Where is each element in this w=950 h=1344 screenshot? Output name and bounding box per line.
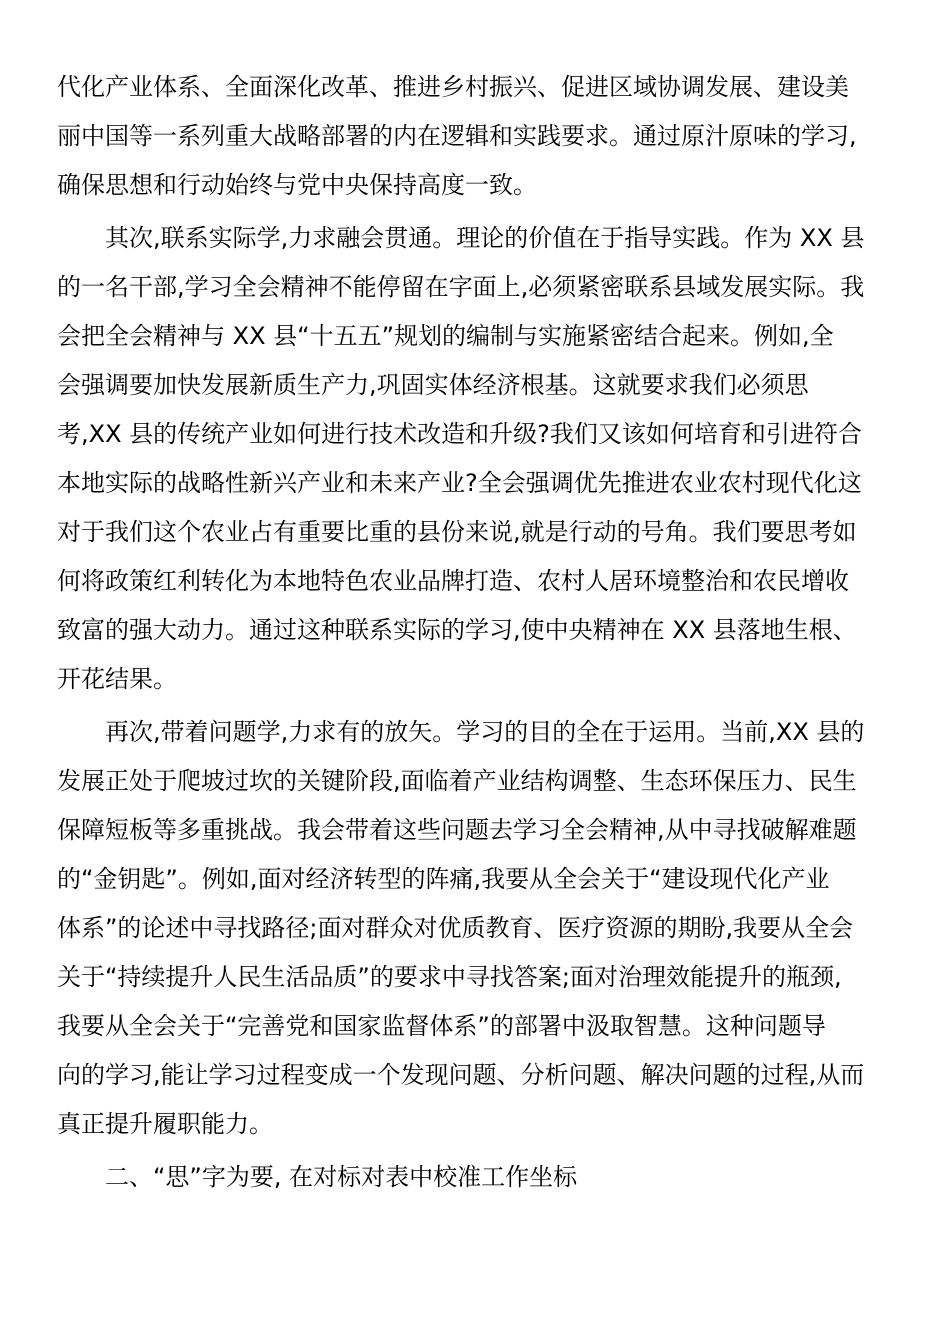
text-line: 的一名干部,学习全会精神不能停留在字面上,必须紧密联系县域发展实际。我 xyxy=(57,263,897,312)
text-line: 何将政策红利转化为本地特色农业品牌打造、农村人居环境整治和农民增收 xyxy=(57,557,897,606)
text-line: 开花结果。 xyxy=(57,655,897,704)
text-line: 我要从全会关于“完善党和国家监督体系”的部署中汲取智慧。这种问题导 xyxy=(57,1002,897,1051)
document-page: 代化产业体系、全面深化改革、推进乡村振兴、促进区域协调发展、建设美 丽中国等一系… xyxy=(57,63,897,1202)
text-line: 丽中国等一系列重大战略部署的内在逻辑和实践要求。通过原汁原味的学习, xyxy=(57,112,897,161)
text-line: 会把全会精神与 XX 县“十五五”规划的编制与实施紧密结合起来。例如,全 xyxy=(57,312,897,361)
section-heading-text: 二、“思”字为要, 在对标对表中校准工作坐标 xyxy=(57,1153,897,1202)
text-line: 本地实际的战略性新兴产业和未来产业?全会强调优先推进农业农村现代化这 xyxy=(57,459,897,508)
text-line: 关于“持续提升人民生活品质”的要求中寻找答案;面对治理效能提升的瓶颈, xyxy=(57,953,897,1002)
text-line: 考,XX 县的传统产业如何进行技术改造和升级?我们又该如何培育和引进符合 xyxy=(57,410,897,459)
paragraph-3: 再次,带着问题学,力求有的放矢。学习的目的全在于运用。当前,XX 县的 发展正处… xyxy=(57,708,897,1149)
text-line: 对于我们这个农业占有重要比重的县份来说,就是行动的号角。我们要思考如 xyxy=(57,508,897,557)
paragraph-1: 代化产业体系、全面深化改革、推进乡村振兴、促进区域协调发展、建设美 丽中国等一系… xyxy=(57,63,897,210)
text-line: 体系”的论述中寻找路径;面对群众对优质教育、医疗资源的期盼,我要从全会 xyxy=(57,904,897,953)
text-line: 致富的强大动力。通过这种联系实际的学习,使中央精神在 XX 县落地生根、 xyxy=(57,606,897,655)
text-line: 发展正处于爬坡过坎的关键阶段,面临着产业结构调整、生态环保压力、民生 xyxy=(57,757,897,806)
text-line: 再次,带着问题学,力求有的放矢。学习的目的全在于运用。当前,XX 县的 xyxy=(57,708,897,757)
text-line: 的“金钥匙”。例如,面对经济转型的阵痛,我要从全会关于“建设现代化产业 xyxy=(57,855,897,904)
text-line: 会强调要加快发展新质生产力,巩固实体经济根基。这就要求我们必须思 xyxy=(57,361,897,410)
text-line: 真正提升履职能力。 xyxy=(57,1100,897,1149)
text-line: 向的学习,能让学习过程变成一个发现问题、分析问题、解决问题的过程,从而 xyxy=(57,1051,897,1100)
text-line: 确保思想和行动始终与党中央保持高度一致。 xyxy=(57,161,897,210)
text-line: 代化产业体系、全面深化改革、推进乡村振兴、促进区域协调发展、建设美 xyxy=(57,63,897,112)
section-heading: 二、“思”字为要, 在对标对表中校准工作坐标 xyxy=(57,1153,897,1202)
paragraph-2: 其次,联系实际学,力求融会贯通。理论的价值在于指导实践。作为 XX 县 的一名干… xyxy=(57,214,897,704)
text-line: 其次,联系实际学,力求融会贯通。理论的价值在于指导实践。作为 XX 县 xyxy=(57,214,897,263)
text-line: 保障短板等多重挑战。我会带着这些问题去学习全会精神,从中寻找破解难题 xyxy=(57,806,897,855)
